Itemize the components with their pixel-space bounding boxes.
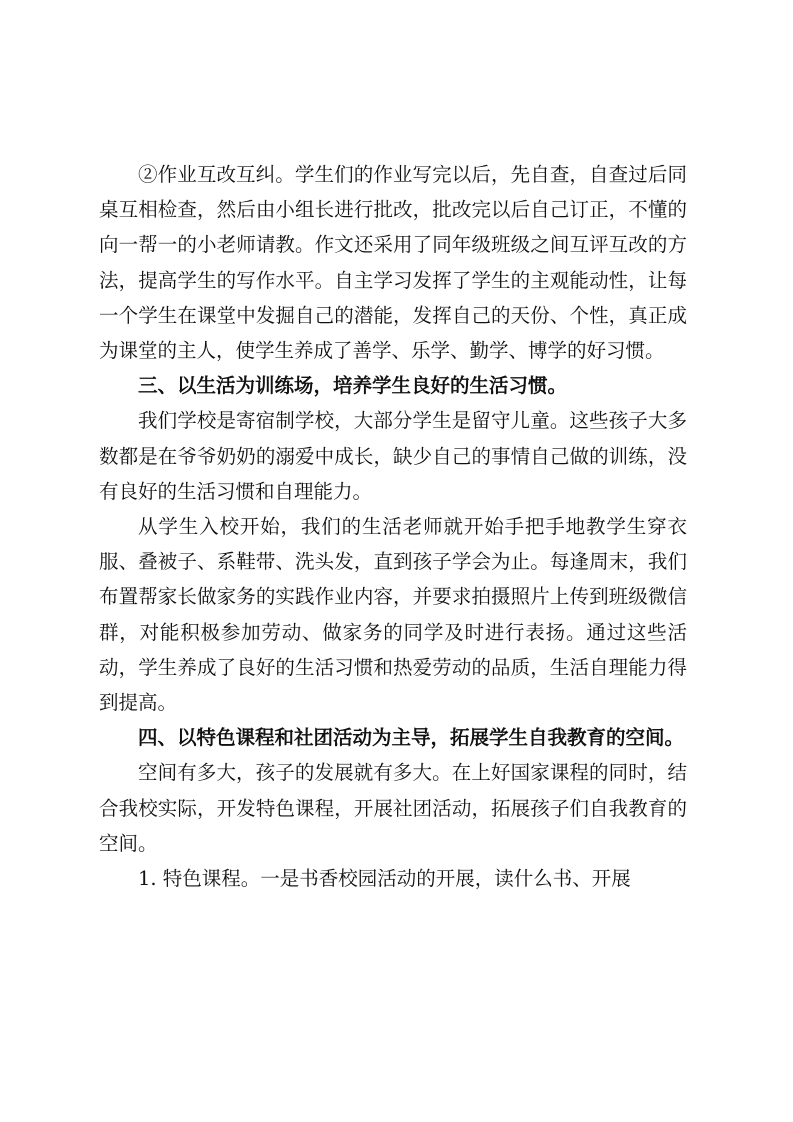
paragraph-special-courses: 1. 特色课程。一是书香校园活动的开展，读什么书、开展 [99,861,687,896]
paragraph-boarding-school: 我们学校是寄宿制学校，大部分学生是留守儿童。这些孩子大多数都是在爷爷奶奶的溺爱中… [99,403,687,509]
paragraph-life-teacher: 从学生入校开始，我们的生活老师就开始手把手地教学生穿衣服、叠被子、系鞋带、洗头发… [99,509,687,720]
document-page: ②作业互改互纠。学生们的作业写完以后，先自查，自查过后同桌互相检查，然后由小组长… [99,157,687,896]
section-heading-3: 三、以生活为训练场，培养学生良好的生活习惯。 [99,368,687,403]
paragraph-space: 空间有多大，孩子的发展就有多大。在上好国家课程的同时，结合我校实际，开发特色课程… [99,755,687,861]
section-heading-4: 四、以特色课程和社团活动为主导，拓展学生自我教育的空间。 [99,720,687,755]
paragraph-peer-correction: ②作业互改互纠。学生们的作业写完以后，先自查，自查过后同桌互相检查，然后由小组长… [99,157,687,368]
